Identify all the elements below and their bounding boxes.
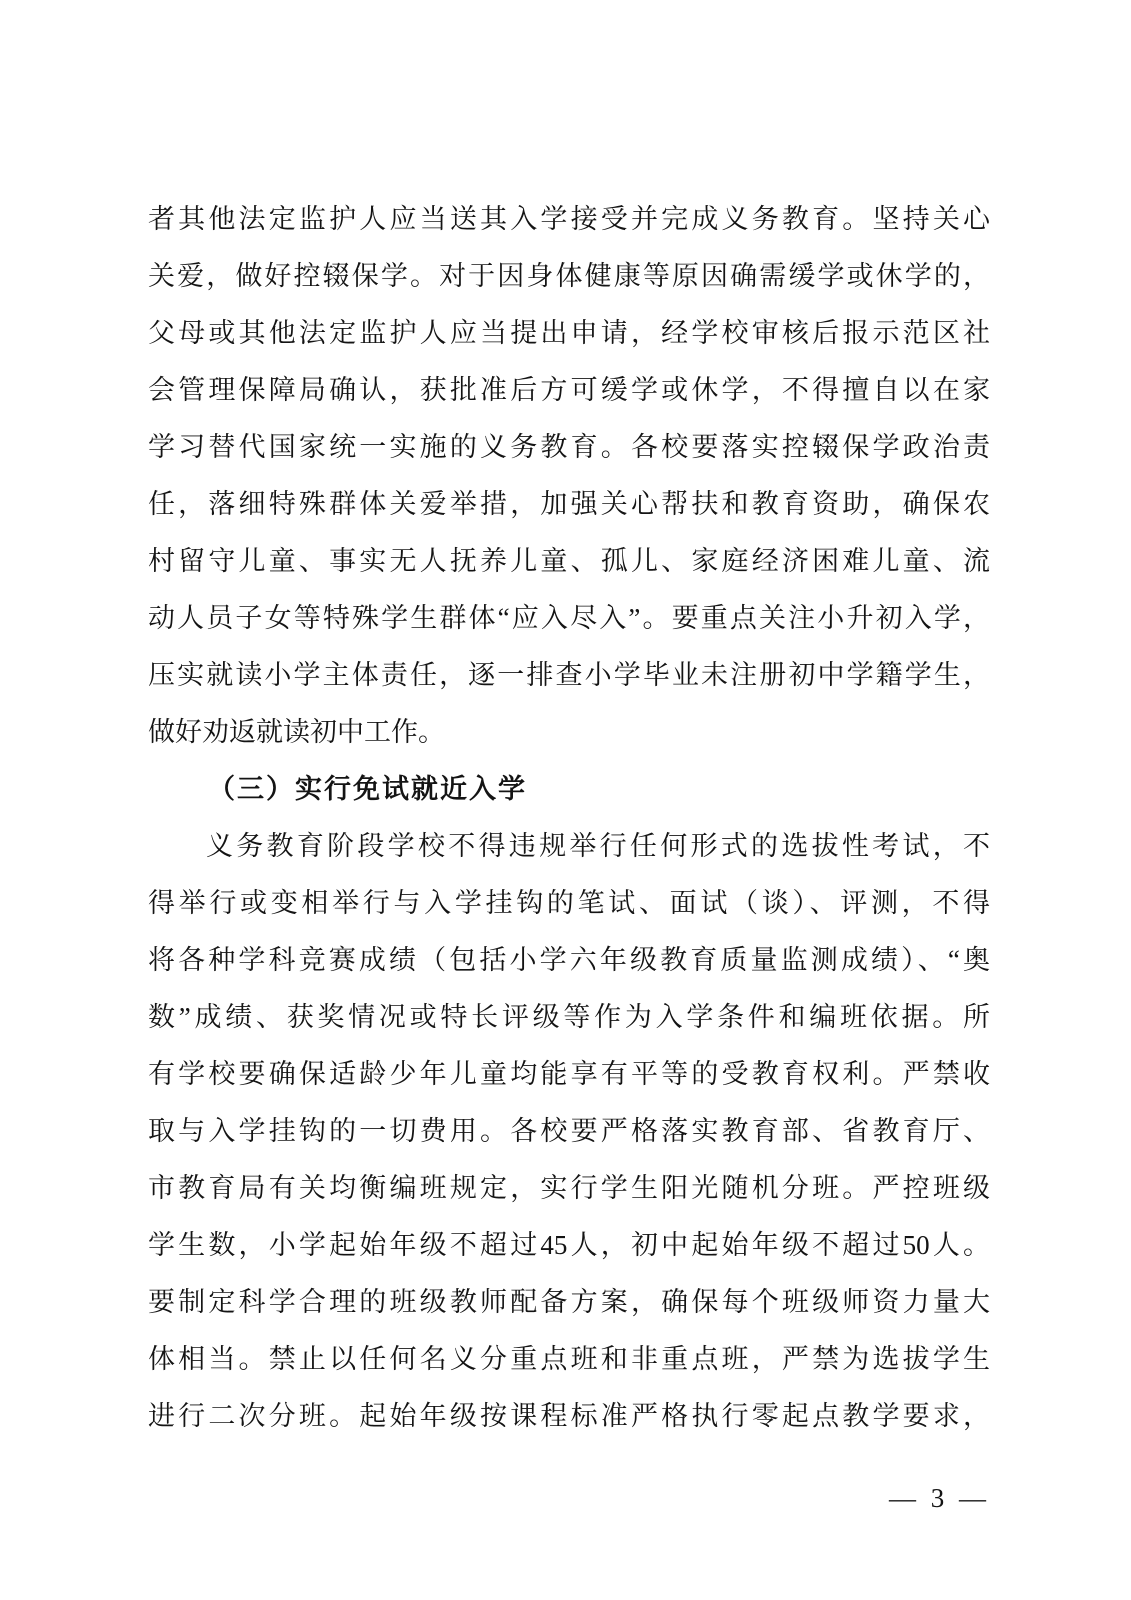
body-line: 义务教育阶段学校不得违规举行任何形式的选拔性考试，不 xyxy=(148,818,990,875)
body-line: 村留守儿童、事实无人抚养儿童、孤儿、家庭经济困难儿童、流 xyxy=(148,533,990,590)
body-line: 关爱，做好控辍保学。对于因身体健康等原因确需缓学或休学的， xyxy=(148,248,990,305)
body-line: 要制定科学合理的班级教师配备方案，确保每个班级师资力量大 xyxy=(148,1274,990,1331)
body-line: 父母或其他法定监护人应当提出申请，经学校审核后报示范区社 xyxy=(148,305,990,362)
body-line: 压实就读小学主体责任，逐一排查小学毕业未注册初中学籍学生， xyxy=(148,647,990,704)
body-line: 进行二次分班。起始年级按课程标准严格执行零起点教学要求， xyxy=(148,1388,990,1445)
paragraph-continuation: 者其他法定监护人应当送其入学接受并完成义务教育。坚持关心 关爱，做好控辍保学。对… xyxy=(148,191,990,761)
body-line: 将各种学科竞赛成绩（包括小学六年级教育质量监测成绩）、“奥 xyxy=(148,932,990,989)
body-line: 动人员子女等特殊学生群体“应入尽入”。要重点关注小升初入学， xyxy=(148,590,990,647)
body-line: 数”成绩、获奖情况或特长评级等作为入学条件和编班依据。所 xyxy=(148,989,990,1046)
document-body: 者其他法定监护人应当送其入学接受并完成义务教育。坚持关心 关爱，做好控辍保学。对… xyxy=(148,191,990,1445)
body-line: 学生数，小学起始年级不超过45人，初中起始年级不超过50人。 xyxy=(148,1217,990,1274)
body-line: 体相当。禁止以任何名义分重点班和非重点班，严禁为选拔学生 xyxy=(148,1331,990,1388)
body-line: 得举行或变相举行与入学挂钩的笔试、面试（谈）、评测，不得 xyxy=(148,875,990,932)
body-line: 任，落细特殊群体关爱举措，加强关心帮扶和教育资助，确保农 xyxy=(148,476,990,533)
body-line: 取与入学挂钩的一切费用。各校要严格落实教育部、省教育厅、 xyxy=(148,1103,990,1160)
body-line: 市教育局有关均衡编班规定，实行学生阳光随机分班。严控班级 xyxy=(148,1160,990,1217)
body-line: 会管理保障局确认，获批准后方可缓学或休学，不得擅自以在家 xyxy=(148,362,990,419)
page-number: — 3 — xyxy=(889,1478,990,1518)
section-heading: （三）实行免试就近入学 xyxy=(148,761,990,818)
body-line: 有学校要确保适龄少年儿童均能享有平等的受教育权利。严禁收 xyxy=(148,1046,990,1103)
body-line: 做好劝返就读初中工作。 xyxy=(148,704,990,761)
body-line: 学习替代国家统一实施的义务教育。各校要落实控辍保学政治责 xyxy=(148,419,990,476)
body-line: 者其他法定监护人应当送其入学接受并完成义务教育。坚持关心 xyxy=(148,191,990,248)
paragraph: 义务教育阶段学校不得违规举行任何形式的选拔性考试，不 得举行或变相举行与入学挂钩… xyxy=(148,818,990,1445)
